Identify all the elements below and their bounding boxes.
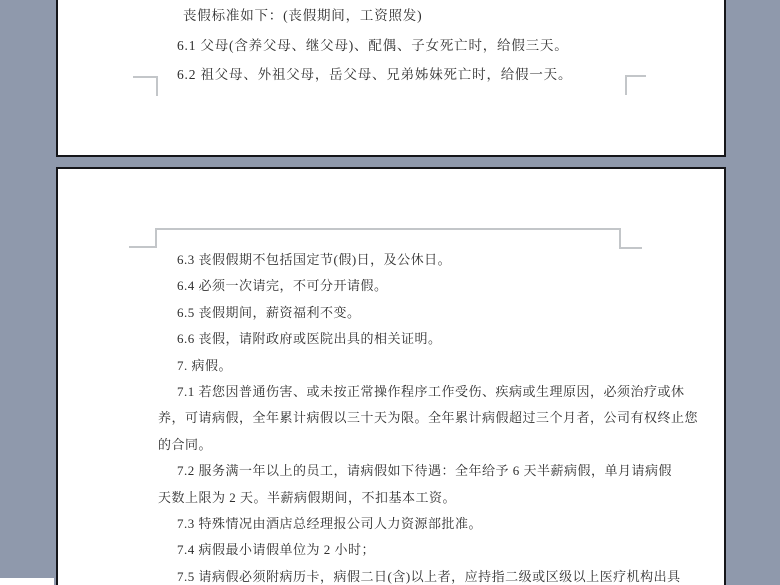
margin-crop-mark bbox=[133, 76, 158, 78]
doc-line: 养，可请病假，全年累计病假以三十天为限。全年累计病假超过三个月者，公司有权终止您 bbox=[158, 405, 698, 431]
doc-line: 7. 病假。 bbox=[158, 353, 698, 379]
doc-line: 6.6 丧假，请附政府或医院出具的相关证明。 bbox=[158, 326, 698, 352]
margin-crop-mark bbox=[155, 228, 157, 248]
doc-line: 7.1 若您因普通伤害、或未按正常操作程序工作受伤、疾病或生理原因，必须治疗或休 bbox=[158, 379, 698, 405]
margin-crop-mark bbox=[129, 246, 155, 248]
document-page-1: 丧假标准如下：(丧假期间，工资照发) 6.1 父母(含养父母、继父母)、配偶、子… bbox=[56, 0, 726, 157]
doc-line: 6.3 丧假假期不包括国定节(假)日，及公休日。 bbox=[158, 247, 698, 273]
doc-line: 7.3 特殊情况由酒店总经理报公司人力资源部批准。 bbox=[158, 511, 698, 537]
doc-line: 天数上限为 2 天。半薪病假期间，不扣基本工资。 bbox=[158, 485, 698, 511]
margin-crop-mark bbox=[625, 75, 627, 95]
doc-line: 的合同。 bbox=[158, 432, 698, 458]
doc-line: 7.5 请病假必须附病历卡，病假二日(含)以上者，应持指二级或区级以上医疗机构出… bbox=[158, 564, 698, 585]
page-2-text: 6.3 丧假假期不包括国定节(假)日，及公休日。 6.4 必须一次请完，不可分开… bbox=[158, 247, 698, 585]
text-boundary-line bbox=[155, 228, 621, 230]
margin-crop-mark bbox=[625, 75, 646, 77]
doc-line: 6.5 丧假期间，薪资福利不变。 bbox=[158, 300, 698, 326]
doc-line: 7.4 病假最小请假单位为 2 小时； bbox=[158, 537, 698, 563]
doc-line: 丧假标准如下：(丧假期间，工资照发) bbox=[158, 1, 572, 31]
doc-line: 7.2 服务满一年以上的员工，请病假如下待遇：全年给予 6 天半薪病假，单月请病… bbox=[158, 458, 698, 484]
document-page-2: 6.3 丧假假期不包括国定节(假)日，及公休日。 6.4 必须一次请完，不可分开… bbox=[56, 167, 726, 585]
document-preview-canvas: 丧假标准如下：(丧假期间，工资照发) 6.1 父母(含养父母、继父母)、配偶、子… bbox=[0, 0, 780, 585]
doc-line: 6.1 父母(含养父母、继父母)、配偶、子女死亡时，给假三天。 bbox=[158, 31, 572, 61]
margin-crop-mark bbox=[619, 228, 621, 249]
doc-line: 6.2 祖父母、外祖父母，岳父母、兄弟姊妹死亡时，给假一天。 bbox=[158, 60, 572, 90]
doc-line: 6.4 必须一次请完，不可分开请假。 bbox=[158, 273, 698, 299]
page-1-text: 丧假标准如下：(丧假期间，工资照发) 6.1 父母(含养父母、继父母)、配偶、子… bbox=[158, 1, 572, 90]
canvas-bottom-left-patch bbox=[0, 578, 54, 585]
margin-crop-mark bbox=[156, 76, 158, 96]
